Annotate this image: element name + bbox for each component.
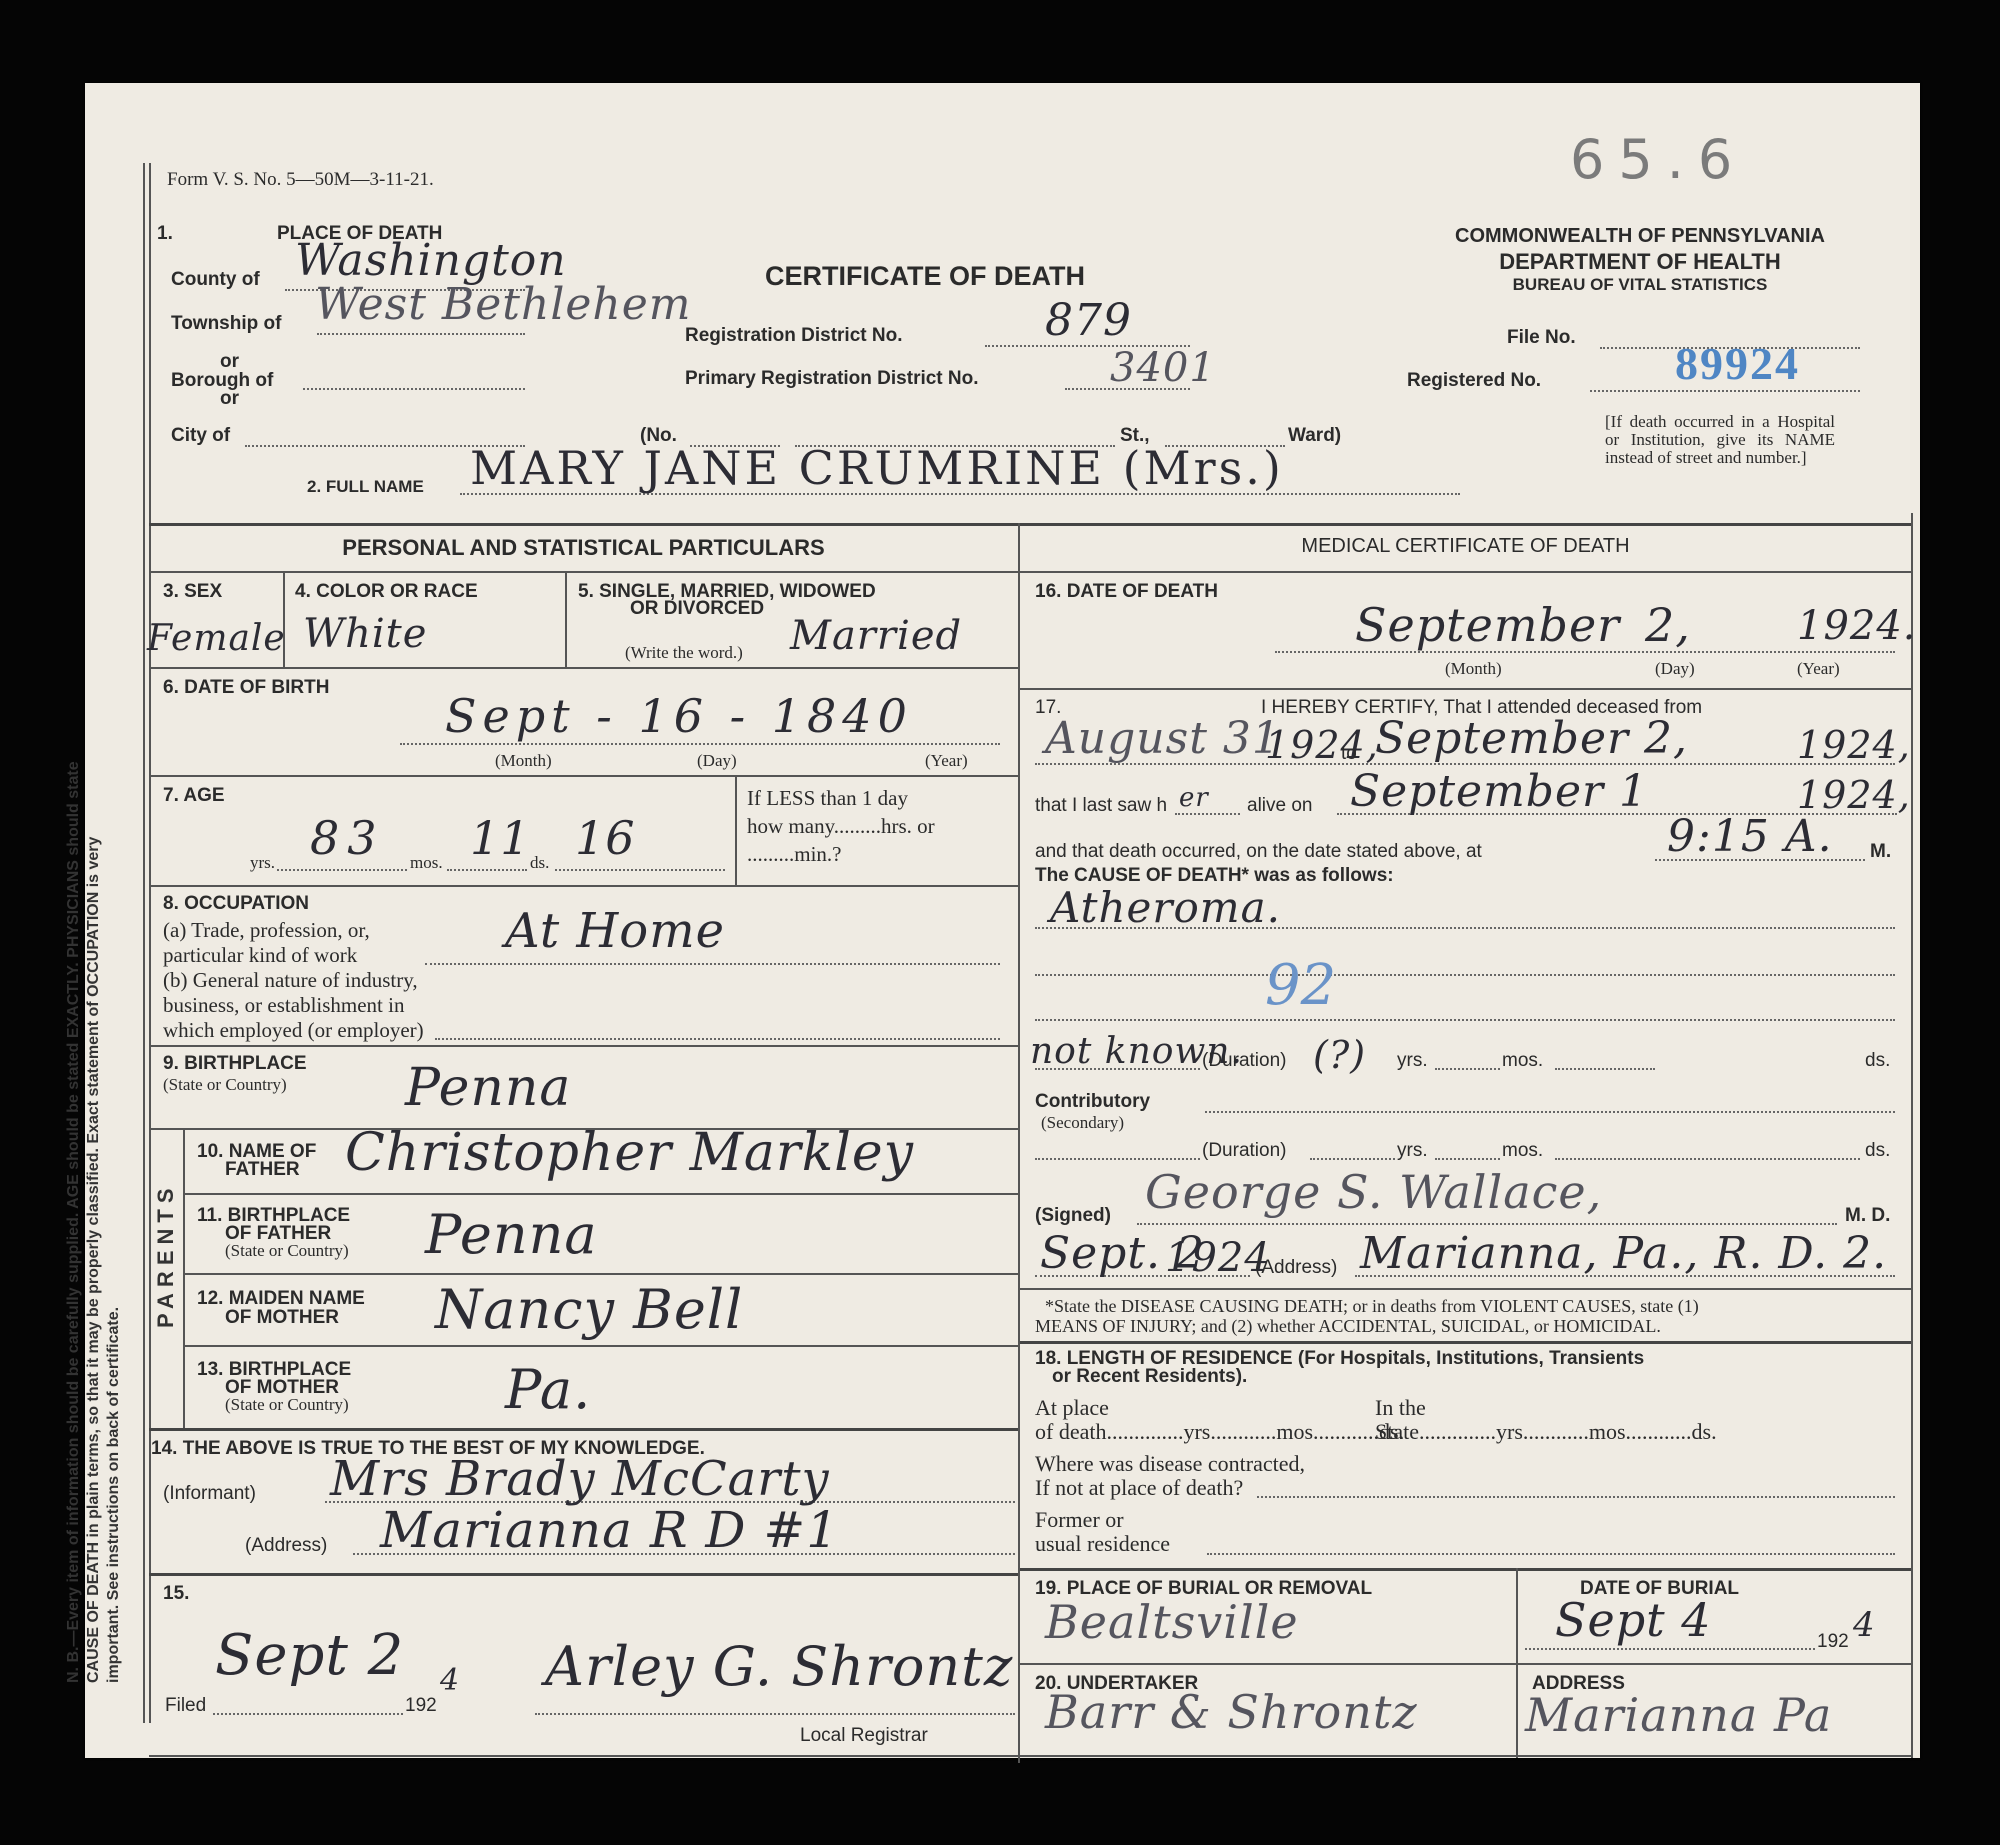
registered-no-label: Registered No.: [1407, 370, 1541, 392]
township-label: Township of: [171, 313, 281, 335]
registrar-label: Local Registrar: [800, 1725, 928, 1747]
marital-hint: (Write the word.): [625, 643, 743, 663]
age-days-value[interactable]: 16: [575, 811, 636, 865]
left-border: [143, 163, 145, 1723]
mother-name-value[interactable]: Nancy Bell: [435, 1278, 743, 1341]
dod-month-caption: (Month): [1445, 659, 1502, 679]
physician-signature[interactable]: George S. Wallace,: [1145, 1165, 1602, 1219]
to-label: to: [1341, 743, 1357, 765]
contracted-line-1: Where was disease contracted,: [1035, 1451, 1305, 1477]
dod-month-value[interactable]: September: [1355, 598, 1620, 652]
in-state-line-1: In the: [1375, 1395, 1426, 1421]
contracted-line-2: If not at place of death?: [1035, 1475, 1243, 1501]
former-residence-line-2: usual residence: [1035, 1531, 1170, 1557]
pronoun-line: [1175, 813, 1240, 815]
occupation-b-text: (b) General nature of industry, business…: [163, 968, 433, 1043]
filed-date-value[interactable]: Sept 2: [215, 1623, 404, 1688]
residence-heading-2: or Recent Residents).: [1052, 1366, 1247, 1388]
attended-to-year[interactable]: 1924,: [1797, 723, 1911, 767]
personal-heading: PERSONAL AND STATISTICAL PARTICULARS: [149, 535, 1018, 561]
birthplace-label: 9. BIRTHPLACE: [163, 1053, 307, 1075]
duration2-ds: ds.: [1865, 1140, 1890, 1162]
dod-day-caption: (Day): [1655, 659, 1695, 679]
occupation-label: 8. OCCUPATION: [163, 893, 309, 915]
cause-value[interactable]: Atheroma.: [1050, 883, 1281, 932]
age-days-line: [555, 869, 725, 871]
in-state-line-2[interactable]: State..............yrs............mos...…: [1375, 1419, 1717, 1445]
registrar-signature[interactable]: Arley G. Shrontz: [545, 1635, 1013, 1698]
file-annotation: 65.6: [1570, 128, 1746, 191]
divider: [735, 775, 737, 885]
cause-code: 92: [1265, 953, 1336, 1018]
former-residence-field[interactable]: [1207, 1553, 1895, 1555]
parents-side-label: PARENTS: [153, 1183, 179, 1329]
divider: [565, 571, 567, 667]
contributory-label: Contributory: [1035, 1091, 1150, 1113]
phys-address-label: (Address): [1255, 1257, 1337, 1279]
father-name-label-2: FATHER: [225, 1159, 300, 1181]
primary-district-value[interactable]: 3401: [1110, 345, 1216, 391]
divider: [1020, 571, 1911, 573]
divider: [149, 667, 1018, 669]
sex-value[interactable]: Female: [147, 618, 286, 659]
less-than-day-line-3: .........min.?: [747, 842, 842, 867]
footnote-line-2: MEANS OF INJURY; and (2) whether ACCIDEN…: [1035, 1316, 1661, 1337]
duration-ds: ds.: [1865, 1050, 1890, 1072]
md-label: M. D.: [1845, 1205, 1890, 1227]
divider: [149, 1045, 1018, 1047]
duration-ds-line: [1555, 1068, 1655, 1070]
burial-place-value[interactable]: Bealtsville: [1045, 1595, 1299, 1649]
city-label: City of: [171, 425, 230, 447]
registrar-line: [535, 1713, 1015, 1715]
contracted-field[interactable]: [1257, 1496, 1895, 1498]
age-years-value[interactable]: 83: [310, 811, 385, 865]
undertaker-value[interactable]: Barr & Shrontz: [1045, 1685, 1418, 1739]
or-label-2: or: [220, 388, 239, 410]
informant-address-value[interactable]: Marianna R D #1: [380, 1501, 839, 1559]
margin-note-line-1: N. B.—Every item of information should b…: [65, 761, 83, 1683]
burial-year-prefix: 192: [1817, 1631, 1849, 1653]
death-time-suffix: M.: [1870, 841, 1891, 863]
divider: [1020, 1663, 1911, 1665]
dob-line: [400, 743, 1000, 745]
duration2-mos: mos.: [1502, 1140, 1543, 1162]
father-bp-value[interactable]: Penna: [425, 1203, 598, 1266]
death-certificate-page: N. B.—Every item of information should b…: [85, 83, 1920, 1758]
dod-label: 16. DATE OF DEATH: [1035, 581, 1218, 603]
last-saw-pronoun[interactable]: er: [1179, 783, 1209, 813]
issuer-line-3: BUREAU OF VITAL STATISTICS: [1405, 275, 1875, 295]
last-saw-label: that I last saw h: [1035, 795, 1167, 817]
divider: [149, 775, 1018, 777]
duration2-label: (Duration): [1202, 1140, 1286, 1162]
divider-top: [149, 523, 1911, 526]
primary-district-label: Primary Registration District No.: [685, 368, 979, 390]
race-value[interactable]: White: [303, 611, 427, 657]
cause-line-2: [1035, 974, 1895, 976]
undertaker-address-value[interactable]: Marianna Pa: [1525, 1688, 1832, 1742]
attended-from-year[interactable]: 1924,: [1265, 723, 1379, 767]
informant-label: (Informant): [163, 1483, 256, 1505]
dob-month-caption: (Month): [495, 751, 552, 771]
left-border-inner: [149, 163, 151, 1723]
section-1-label: 1.: [157, 223, 173, 245]
divider: [1020, 1288, 1911, 1290]
cause-line-1: [1035, 927, 1895, 929]
divider: [1020, 1568, 1911, 1571]
dob-year-caption: (Year): [925, 751, 968, 771]
dod-year-caption: (Year): [1797, 659, 1840, 679]
duration-mos-line: [1435, 1068, 1500, 1070]
age-ds-caption: ds.: [530, 853, 549, 873]
dob-label: 6. DATE OF BIRTH: [163, 677, 329, 699]
medical-heading: MEDICAL CERTIFICATE OF DEATH: [1020, 535, 1911, 558]
occupation-a-line: [425, 963, 1000, 965]
death-time-label: and that death occurred, on the date sta…: [1035, 841, 1482, 863]
attended-from-value[interactable]: August 31: [1045, 713, 1281, 764]
township-line: [317, 333, 525, 335]
borough-field[interactable]: [303, 388, 525, 390]
registered-no-stamp[interactable]: 89924: [1675, 337, 1800, 390]
ward-label: Ward): [1288, 425, 1341, 447]
duration-label: (Duration): [1202, 1050, 1286, 1072]
margin-note-line-3: important. See instructions on back of c…: [105, 1307, 123, 1683]
burial-date-line: [1525, 1648, 1815, 1650]
informant-value[interactable]: Mrs Brady McCarty: [330, 1451, 830, 1507]
full-name-label: 2. FULL NAME: [307, 477, 424, 497]
age-yrs-caption: yrs.: [250, 853, 275, 873]
dod-year-value[interactable]: 1924.: [1797, 603, 1917, 649]
hospital-note: [If death occurred in a Hospital or Inst…: [1605, 413, 1835, 467]
filed-year-prefix: 192: [405, 1695, 437, 1717]
footnote-line-1: *State the DISEASE CAUSING DEATH; or in …: [1045, 1296, 1699, 1317]
death-time-value[interactable]: 9:15 A.: [1667, 811, 1833, 862]
age-months-value[interactable]: 11: [470, 811, 531, 865]
column-divider: [1018, 523, 1020, 1763]
duration-yrs: yrs.: [1397, 1050, 1428, 1072]
divider: [183, 1193, 1018, 1195]
duration2-yrs-line: [1310, 1158, 1395, 1160]
filed-label: Filed: [165, 1695, 206, 1717]
mother-name-label-2: OF MOTHER: [225, 1307, 339, 1329]
attended-to-value[interactable]: September 2,: [1375, 713, 1688, 764]
birthplace-sub: (State or Country): [163, 1075, 287, 1095]
duration-mos: mos.: [1502, 1050, 1543, 1072]
filed-year-suffix[interactable]: 4: [440, 1663, 460, 1698]
dob-day-caption: (Day): [697, 751, 737, 771]
contributory-value-field[interactable]: [1035, 1158, 1200, 1160]
race-label: 4. COLOR OR RACE: [295, 581, 478, 603]
divider: [149, 1428, 1018, 1431]
occupation-b-field[interactable]: [435, 1038, 1000, 1040]
signed-line: [1137, 1223, 1837, 1225]
cause-line-3: [1035, 1019, 1895, 1021]
marital-value[interactable]: Married: [790, 613, 962, 659]
at-place-line-2[interactable]: of death..............yrs............mos…: [1035, 1419, 1404, 1445]
divider: [149, 885, 1018, 887]
alive-on-label: alive on: [1247, 795, 1313, 817]
duration2-mos-line: [1435, 1158, 1500, 1160]
at-place-line-1: At place: [1035, 1395, 1109, 1421]
dob-value[interactable]: Sept - 16 - 1840: [445, 689, 913, 743]
right-border: [1911, 513, 1913, 1758]
divider: [1020, 688, 1911, 690]
contributory-sub: (Secondary): [1041, 1113, 1124, 1133]
certificate-title: CERTIFICATE OF DEATH: [765, 261, 1085, 292]
divider: [149, 571, 1018, 573]
informant-address-label: (Address): [245, 1535, 327, 1557]
burial-date-value[interactable]: Sept 4: [1555, 1593, 1712, 1647]
divider: [183, 1273, 1018, 1275]
county-label: County of: [171, 269, 260, 291]
reg-district-value[interactable]: 879: [1045, 295, 1132, 346]
age-months-line: [447, 869, 527, 871]
parents-divider: [183, 1128, 185, 1428]
section-15-label: 15.: [163, 1583, 189, 1605]
divider: [183, 1345, 1018, 1347]
township-value[interactable]: West Bethlehem: [315, 279, 692, 330]
father-name-value[interactable]: Christopher Markley: [345, 1123, 914, 1183]
contributory-field[interactable]: [1205, 1111, 1895, 1113]
less-than-day-line-2: how many.........hrs. or: [747, 814, 935, 839]
file-no-label: File No.: [1507, 327, 1576, 349]
duration-unknown[interactable]: (?): [1313, 1033, 1366, 1077]
father-bp-sub: (State or Country): [225, 1241, 349, 1261]
form-number: Form V. S. No. 5—50M—3-11-21.: [167, 169, 434, 191]
mother-bp-value[interactable]: Pa.: [505, 1358, 591, 1421]
issuer-line-2: DEPARTMENT OF HEALTH: [1405, 249, 1875, 275]
age-years-line: [277, 869, 407, 871]
dod-day-value[interactable]: 2,: [1645, 598, 1691, 652]
margin-note-line-2: CAUSE OF DEATH in plain terms, so that i…: [85, 837, 103, 1683]
reg-district-label: Registration District No.: [685, 325, 902, 347]
former-residence-line-1: Former or: [1035, 1507, 1124, 1533]
occupation-value[interactable]: At Home: [505, 903, 725, 959]
marital-label-2: OR DIVORCED: [630, 598, 764, 620]
divider-bottom: [149, 1755, 1911, 1757]
mother-bp-sub: (State or Country): [225, 1395, 349, 1415]
full-name-value[interactable]: MARY JANE CRUMRINE (Mrs.): [470, 441, 1284, 495]
less-than-day-line-1: If LESS than 1 day: [747, 786, 908, 811]
age-mos-caption: mos.: [410, 853, 443, 873]
signed-label: (Signed): [1035, 1205, 1111, 1227]
birthplace-value[interactable]: Penna: [405, 1058, 571, 1118]
burial-year-suffix[interactable]: 4: [1853, 1605, 1876, 1645]
filed-line: [213, 1713, 403, 1715]
phys-address-value[interactable]: Marianna, Pa., R. D. 2.: [1360, 1228, 1887, 1279]
sex-label: 3. SEX: [163, 581, 222, 603]
age-label: 7. AGE: [163, 785, 225, 807]
issuer-line-1: COMMONWEALTH OF PENNSYLVANIA: [1405, 225, 1875, 248]
duration2-ds-line: [1555, 1158, 1860, 1160]
alive-on-value[interactable]: September 1: [1350, 766, 1648, 817]
occupation-a-text: (a) Trade, profession, or, particular ki…: [163, 918, 403, 968]
registered-no-line: [1590, 390, 1860, 392]
duration2-yrs: yrs.: [1397, 1140, 1428, 1162]
divider: [149, 1573, 1018, 1576]
divider: [1020, 1341, 1911, 1344]
